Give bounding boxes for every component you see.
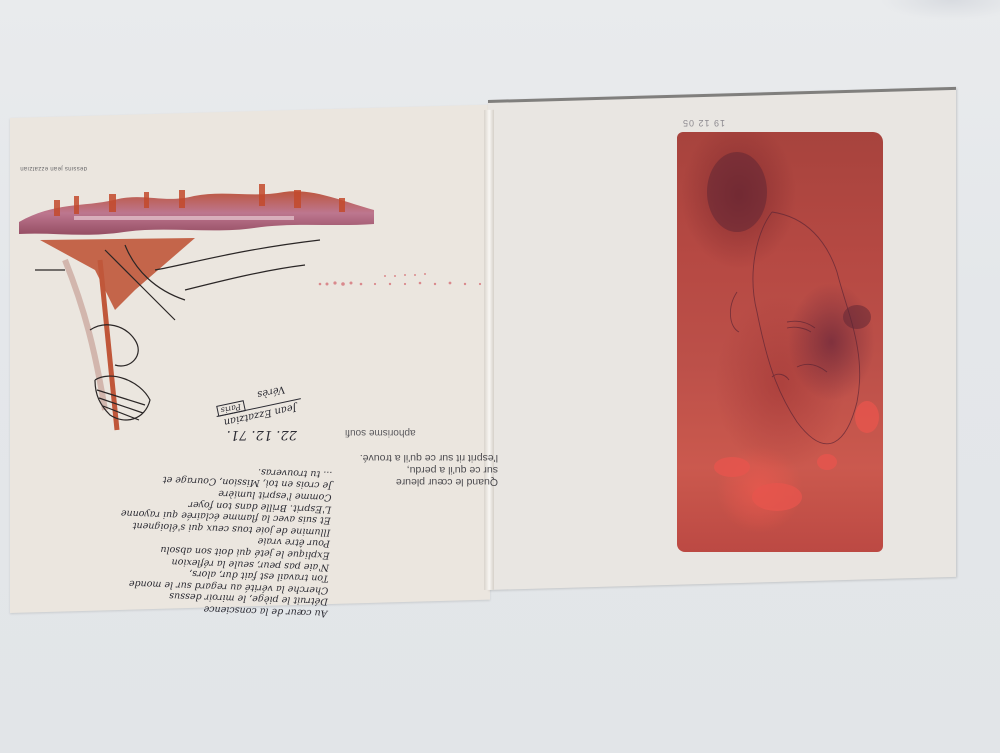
face-sketch-lines [677,132,883,552]
handwritten-date: 22. 12. 71. [227,427,297,442]
illustration-credit: dessins jean ezzatzian [20,165,87,171]
handwritten-letter: Au cœur de la conscience Détruit le pièg… [37,458,332,619]
poem-line: sur ce qu'il a perdu, [338,464,498,476]
signature-extra: Vérès [256,383,286,400]
poem-line: Quand le cœur pleure [338,476,498,488]
red-dotted-line [315,272,485,290]
poem-attribution: aphorisme soufi [345,427,416,438]
album-gatefold: dessins jean ezzatzian [0,0,1000,753]
catalog-number: 19 12 05 [682,118,725,128]
spine-fold [484,110,494,590]
red-watercolor-painting [677,132,883,552]
poem-line: l'esprit rit sur ce qu'il a trouvé. [338,452,498,464]
photo-scene: dessins jean ezzatzian [0,0,1000,753]
poem-text: Quand le cœur pleure sur ce qu'il a perd… [338,452,498,488]
handwritten-signature-block: 22. 12. 71. Jean Ezzatzian Paris Vérès [195,372,305,442]
